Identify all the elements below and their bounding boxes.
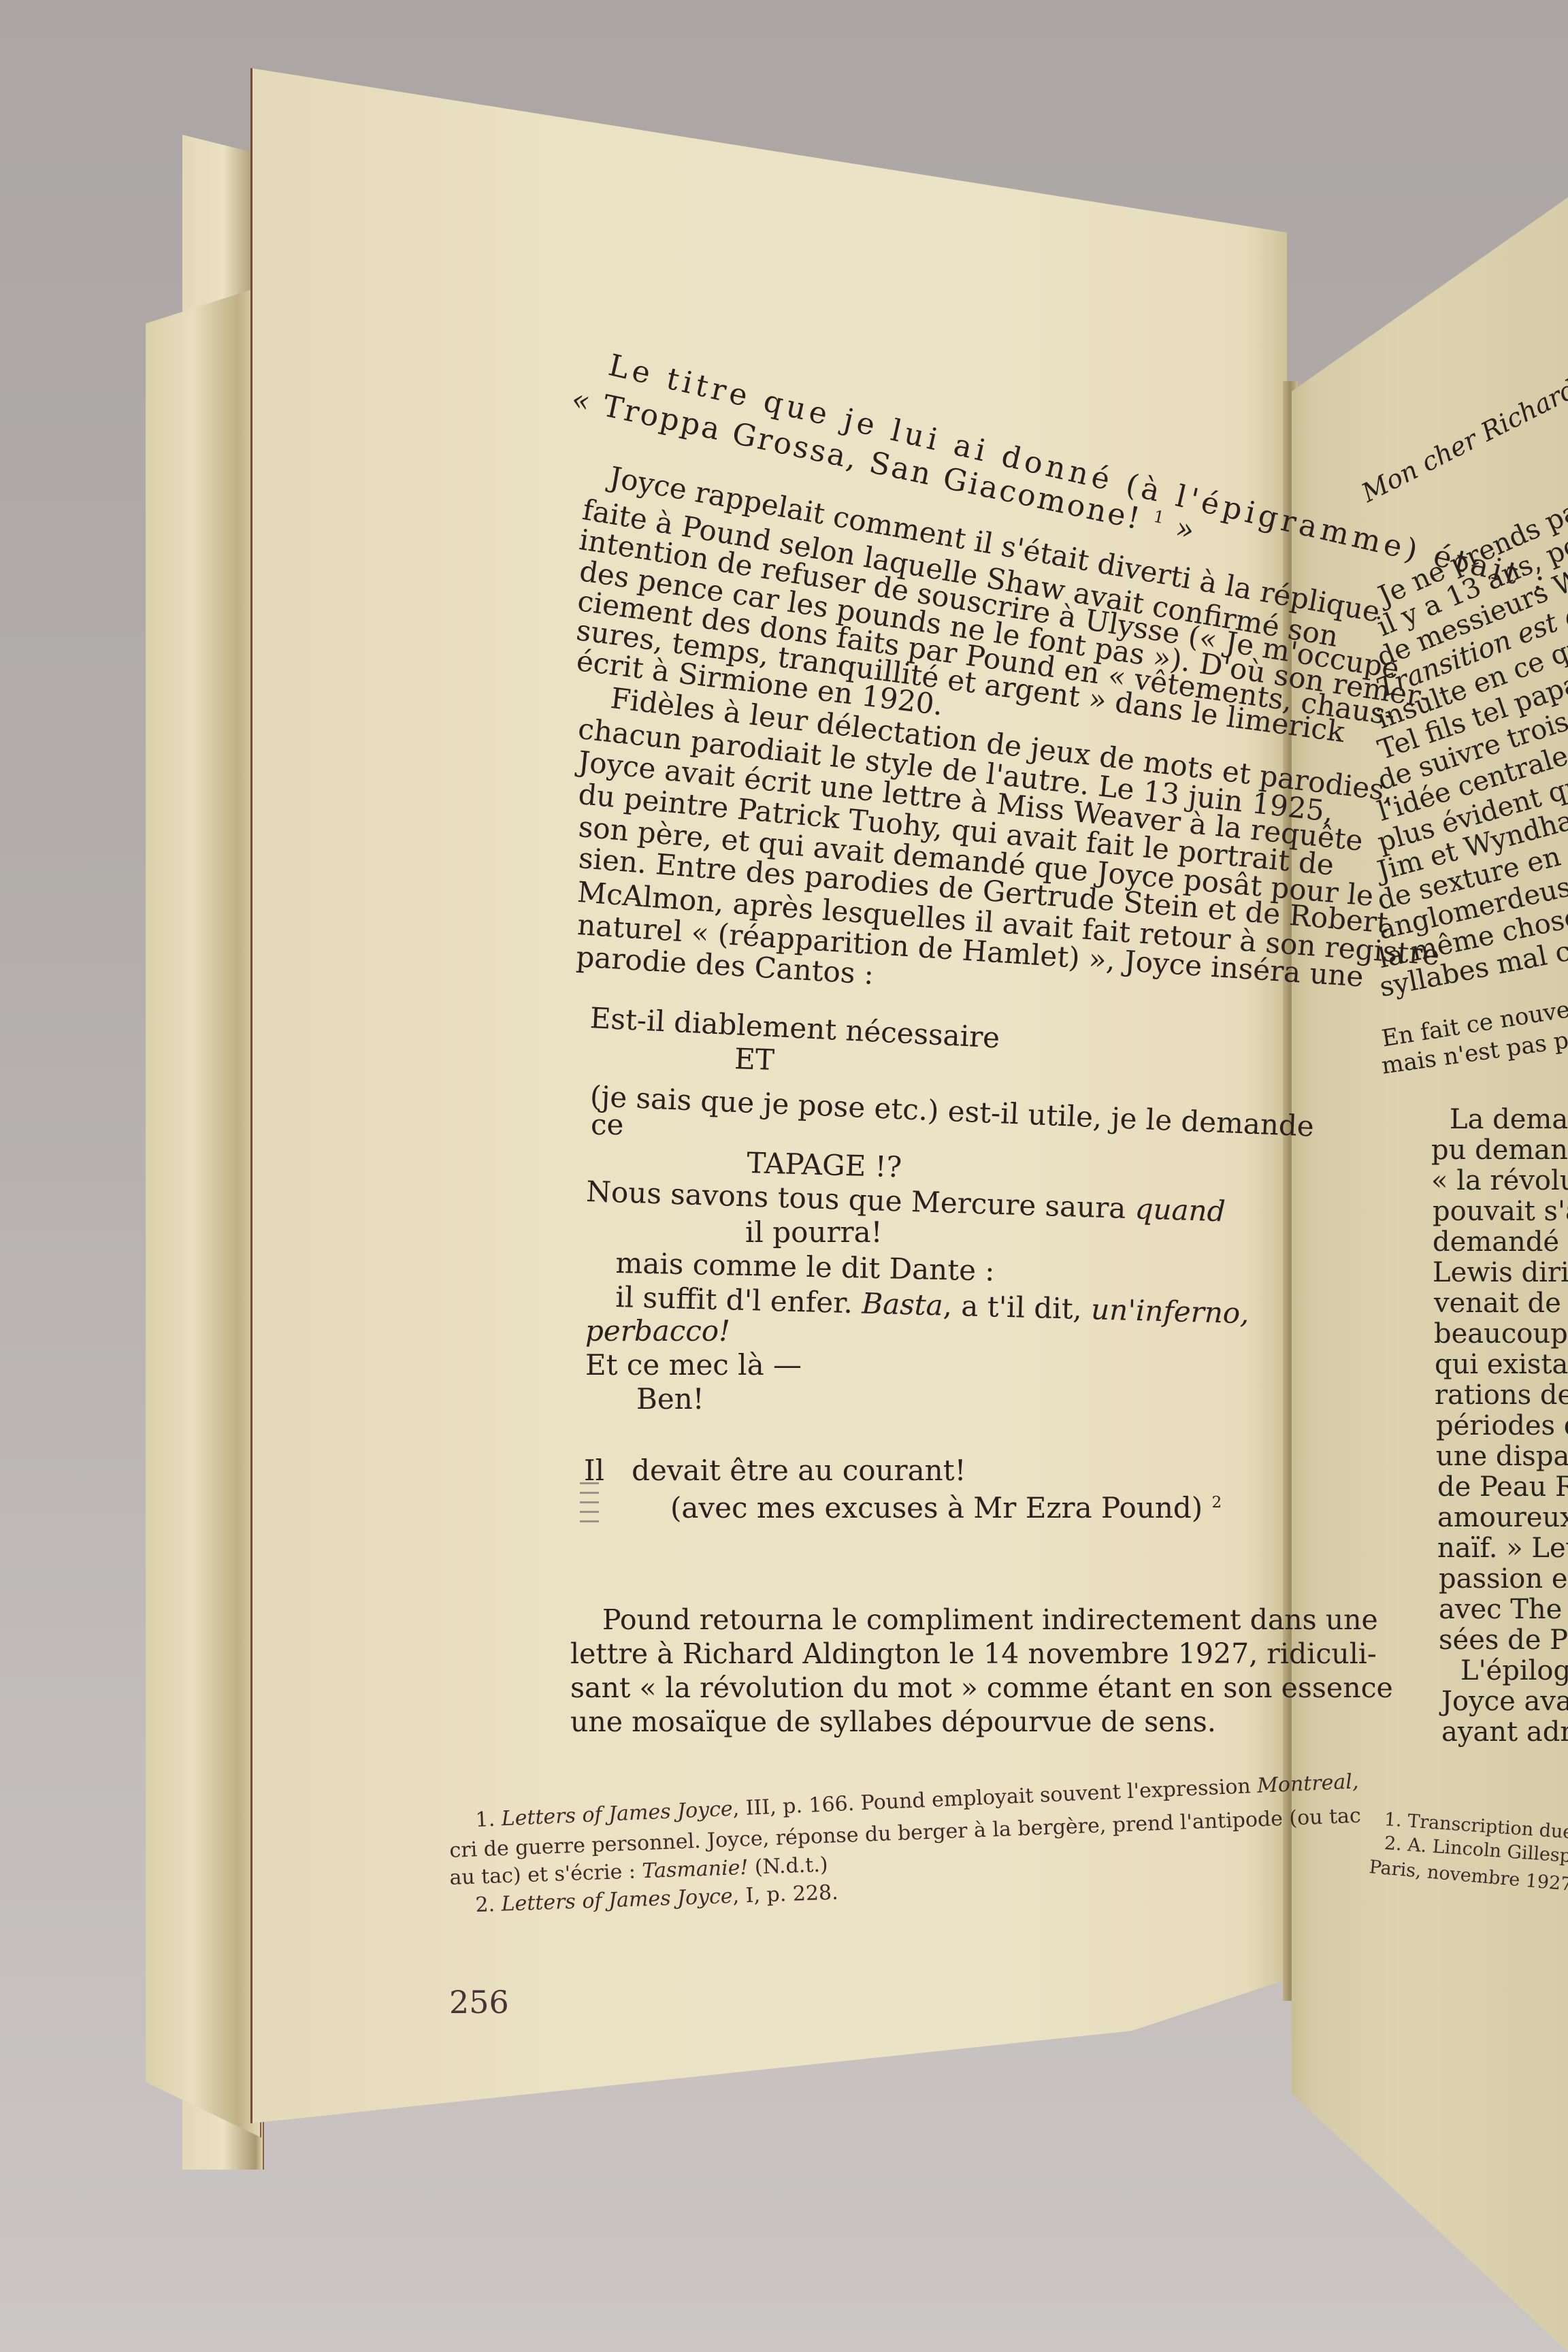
poem-line: Et ce mec là —	[585, 1351, 802, 1379]
poem-line: Ben!	[636, 1385, 704, 1414]
body-line: périodes de B	[1436, 1412, 1568, 1439]
poem-line: perbacco!	[585, 1317, 730, 1345]
body-line: ayant admir	[1441, 1718, 1568, 1746]
body-line: de Peau Rou	[1437, 1473, 1568, 1501]
body-line: demandé à Pou	[1433, 1228, 1568, 1256]
body-line: qui existait en	[1435, 1351, 1568, 1378]
body-line: beaucoup plus	[1434, 1320, 1568, 1347]
poem-line: ce	[591, 1111, 623, 1139]
body-line: Joyce avait	[1441, 1688, 1568, 1715]
body-line: passion et de	[1439, 1565, 1568, 1592]
poem-line: Il devait être au courant!	[584, 1456, 966, 1485]
body-line: une disparité	[1436, 1443, 1568, 1470]
text-line: lettre à Richard Aldington le 14 novembr…	[570, 1640, 1377, 1668]
poem-line: TAPAGE !?	[747, 1149, 902, 1181]
body-line: sées de Poun	[1439, 1627, 1568, 1654]
body-line: avec The Exi	[1439, 1596, 1568, 1623]
poem-line: (avec mes excuses à Mr Ezra Pound) 2	[670, 1494, 1222, 1522]
back-page-edge	[146, 287, 261, 2138]
body-line: naïf. » Lewis	[1437, 1535, 1568, 1562]
margin-marks	[580, 1482, 599, 1530]
body-line: pouvait s'appa	[1433, 1198, 1568, 1225]
body-line: La demande	[1450, 1106, 1568, 1133]
body-line: venait de publ	[1434, 1290, 1568, 1317]
poem-line: il pourra!	[745, 1218, 883, 1247]
text-line: Pound retourna le compliment indirecteme…	[602, 1606, 1378, 1634]
poem-line: ET	[734, 1045, 775, 1075]
body-line: Lewis dirigées	[1433, 1259, 1568, 1286]
body-line: rations de pro	[1435, 1382, 1568, 1409]
page-number: 256	[449, 1984, 509, 2021]
poem-line: mais comme le dit Dante :	[615, 1249, 995, 1286]
footnote-ref: 2	[1212, 1494, 1222, 1512]
book-photo-scene: Le titre que je lui ai donné (à l'épigra…	[0, 0, 1568, 2352]
body-line: pu demander	[1431, 1137, 1568, 1164]
body-line: « la révolution	[1431, 1167, 1568, 1194]
text-line: sant « la révolution du mot » comme étan…	[570, 1674, 1393, 1702]
body-line: L'épilogue	[1460, 1657, 1568, 1684]
body-line: amoureux du	[1437, 1504, 1568, 1531]
text-line: une mosaïque de syllabes dépourvue de se…	[570, 1708, 1216, 1736]
